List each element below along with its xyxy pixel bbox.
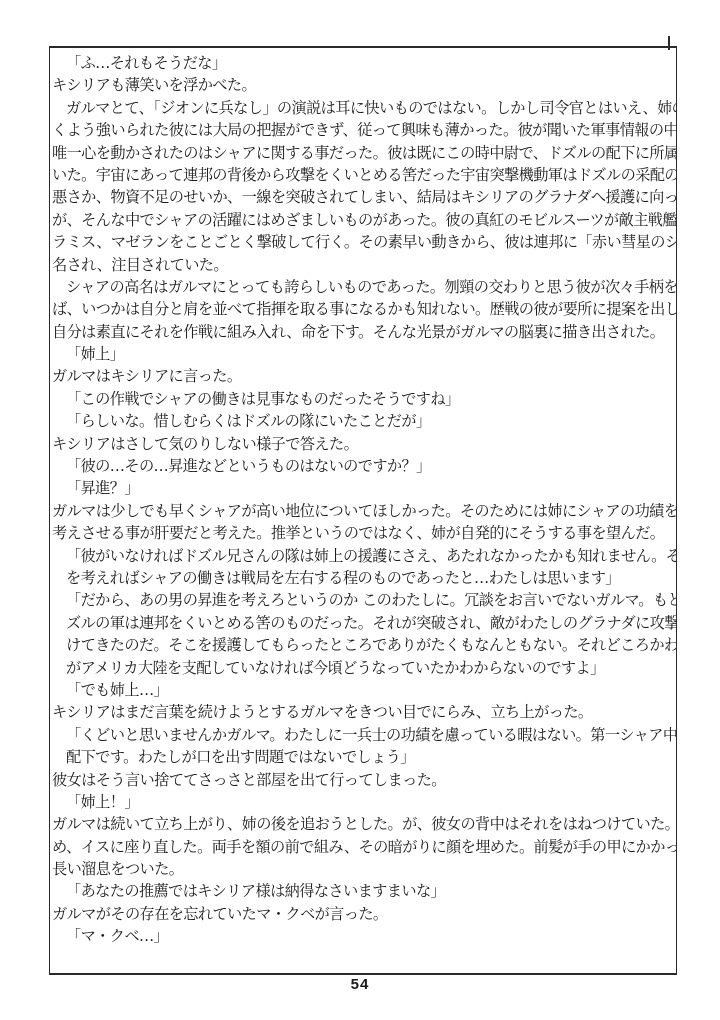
text-line: 「姉上！」 bbox=[52, 791, 676, 813]
text-line: ガルマはキシリアに言った。 bbox=[52, 365, 676, 387]
text-line: ガルマがその存在を忘れていたマ・クベが言った。 bbox=[52, 903, 676, 925]
text-line: キシリアはまだ言葉を続けようとするガルマをきつい目でにらみ、立ち上がった。 bbox=[52, 701, 676, 723]
text-line: ズルの軍は連邦をくいとめる筈のものだった。それが突破され、敵がわたしのグラナダに… bbox=[52, 612, 676, 634]
text-line: ガルマとて、「ジオンに兵なし」の演説は耳に快いものではない。しかし司令官とはいえ… bbox=[52, 97, 676, 119]
text-line: ガルマは続いて立ち上がり、姉の後を追おうとした。が、彼女の背中はそれをはねつけて… bbox=[52, 813, 676, 835]
text-line: ば、いつかは自分と肩を並べて指揮を取る事になるかも知れない。歴戦の彼が要所に提案… bbox=[52, 298, 676, 320]
text-line: キシリアも薄笑いを浮かべた。 bbox=[52, 74, 676, 96]
text-line: けてきたのだ。そこを援護してもらったところでありがたくもなんともない。それどころ… bbox=[52, 634, 676, 656]
text-line: ラミス、マゼランをことごとく撃破して行く。その素早い動きから、彼は連邦に「赤い彗… bbox=[52, 231, 676, 253]
text-line: 「この作戦でシャアの働きは見事なものだったそうですね」 bbox=[52, 388, 676, 410]
text-line: シャアの高名はガルマにとっても誇らしいものであった。刎頸の交わりと思う彼が次々手… bbox=[52, 276, 676, 298]
text-line: 「彼の…その…昇進などというものはないのですか？」 bbox=[52, 455, 676, 477]
text-line: 悪さか、物資不足のせいか、一線を突破されてしまい、結局はキシリアのグラナダへ援護… bbox=[52, 186, 676, 208]
page-number: 54 bbox=[0, 976, 720, 993]
text-line: 唯一心を動かされたのはシャアに関する事だった。彼は既にこの時中尉で、ドズルの配下… bbox=[52, 142, 676, 164]
text-line: が、そんな中でシャアの活躍にはめざましいものがあった。彼の真紅のモビルスーツが敵… bbox=[52, 209, 676, 231]
text-line: 考えさせる事が肝要だと考えた。推挙というのではなく、姉が自発的にそうする事を望ん… bbox=[52, 522, 676, 544]
text-line: 名され、注目されていた。 bbox=[52, 254, 676, 276]
text-line: 「昇進？」 bbox=[52, 477, 676, 499]
text-line: 「マ・クベ…」 bbox=[52, 925, 676, 947]
text-line: 「らしいな。惜しむらくはドズルの隊にいたことだが」 bbox=[52, 410, 676, 432]
text-line: 「だから、あの男の昇進を考えろというのか このわたしに。冗談をお言いでないガルマ… bbox=[52, 589, 676, 611]
text-line: くよう強いられた彼には大局の把握ができず、従って興味も薄かった。彼が聞いた軍事情… bbox=[52, 119, 676, 141]
text-line: キシリアはさして気のりしない様子で答えた。 bbox=[52, 433, 676, 455]
text-line: 自分は素直にそれを作戦に組み入れ、命を下す。そんな光景がガルマの脳裏に描き出され… bbox=[52, 321, 676, 343]
text-line: め、イスに座り直した。両手を額の前で組み、その暗がりに顔を埋めた。前髪が手の甲に… bbox=[52, 836, 676, 858]
text-line: 彼女はそう言い捨ててさっさと部屋を出て行ってしまった。 bbox=[52, 769, 676, 791]
frame-corner-tick bbox=[668, 36, 670, 50]
text-line: 配下です。わたしが口を出す問題ではないでしょう」 bbox=[52, 746, 676, 768]
text-line: 「でも姉上…」 bbox=[52, 679, 676, 701]
text-line: ガルマは少しでも早くシャアが高い地位についてほしかった。そのためには姉にシャアの… bbox=[52, 500, 676, 522]
text-line: 「ふ…それもそうだな」 bbox=[52, 52, 676, 74]
text-line: がアメリカ大陸を支配していなければ今頃どうなっていたかわからないのですよ」 bbox=[52, 657, 676, 679]
manuscript-body: 「ふ…それもそうだな」キシリアも薄笑いを浮かべた。ガルマとて、「ジオンに兵なし」… bbox=[52, 52, 676, 948]
text-line: いた。宇宙にあって連邦の背後から攻撃をくいとめる筈だった宇宙突撃機動軍はドズルの… bbox=[52, 164, 676, 186]
text-line: 「あなたの推薦ではキシリア様は納得なさいますまいな」 bbox=[52, 880, 676, 902]
text-line: 長い溜息をついた。 bbox=[52, 858, 676, 880]
text-line: 「姉上」 bbox=[52, 343, 676, 365]
text-line: を考えればシャアの働きは戦局を左右する程のものであったと…わたしは思います」 bbox=[52, 567, 676, 589]
text-line: 「くどいと思いませんかガルマ。わたしに一兵士の功績を慮っている暇はない。第一シャ… bbox=[52, 724, 676, 746]
text-line: 「彼がいなければドズル兄さんの隊は姉上の援護にさえ、あたれなかったかも知れません… bbox=[52, 545, 676, 567]
